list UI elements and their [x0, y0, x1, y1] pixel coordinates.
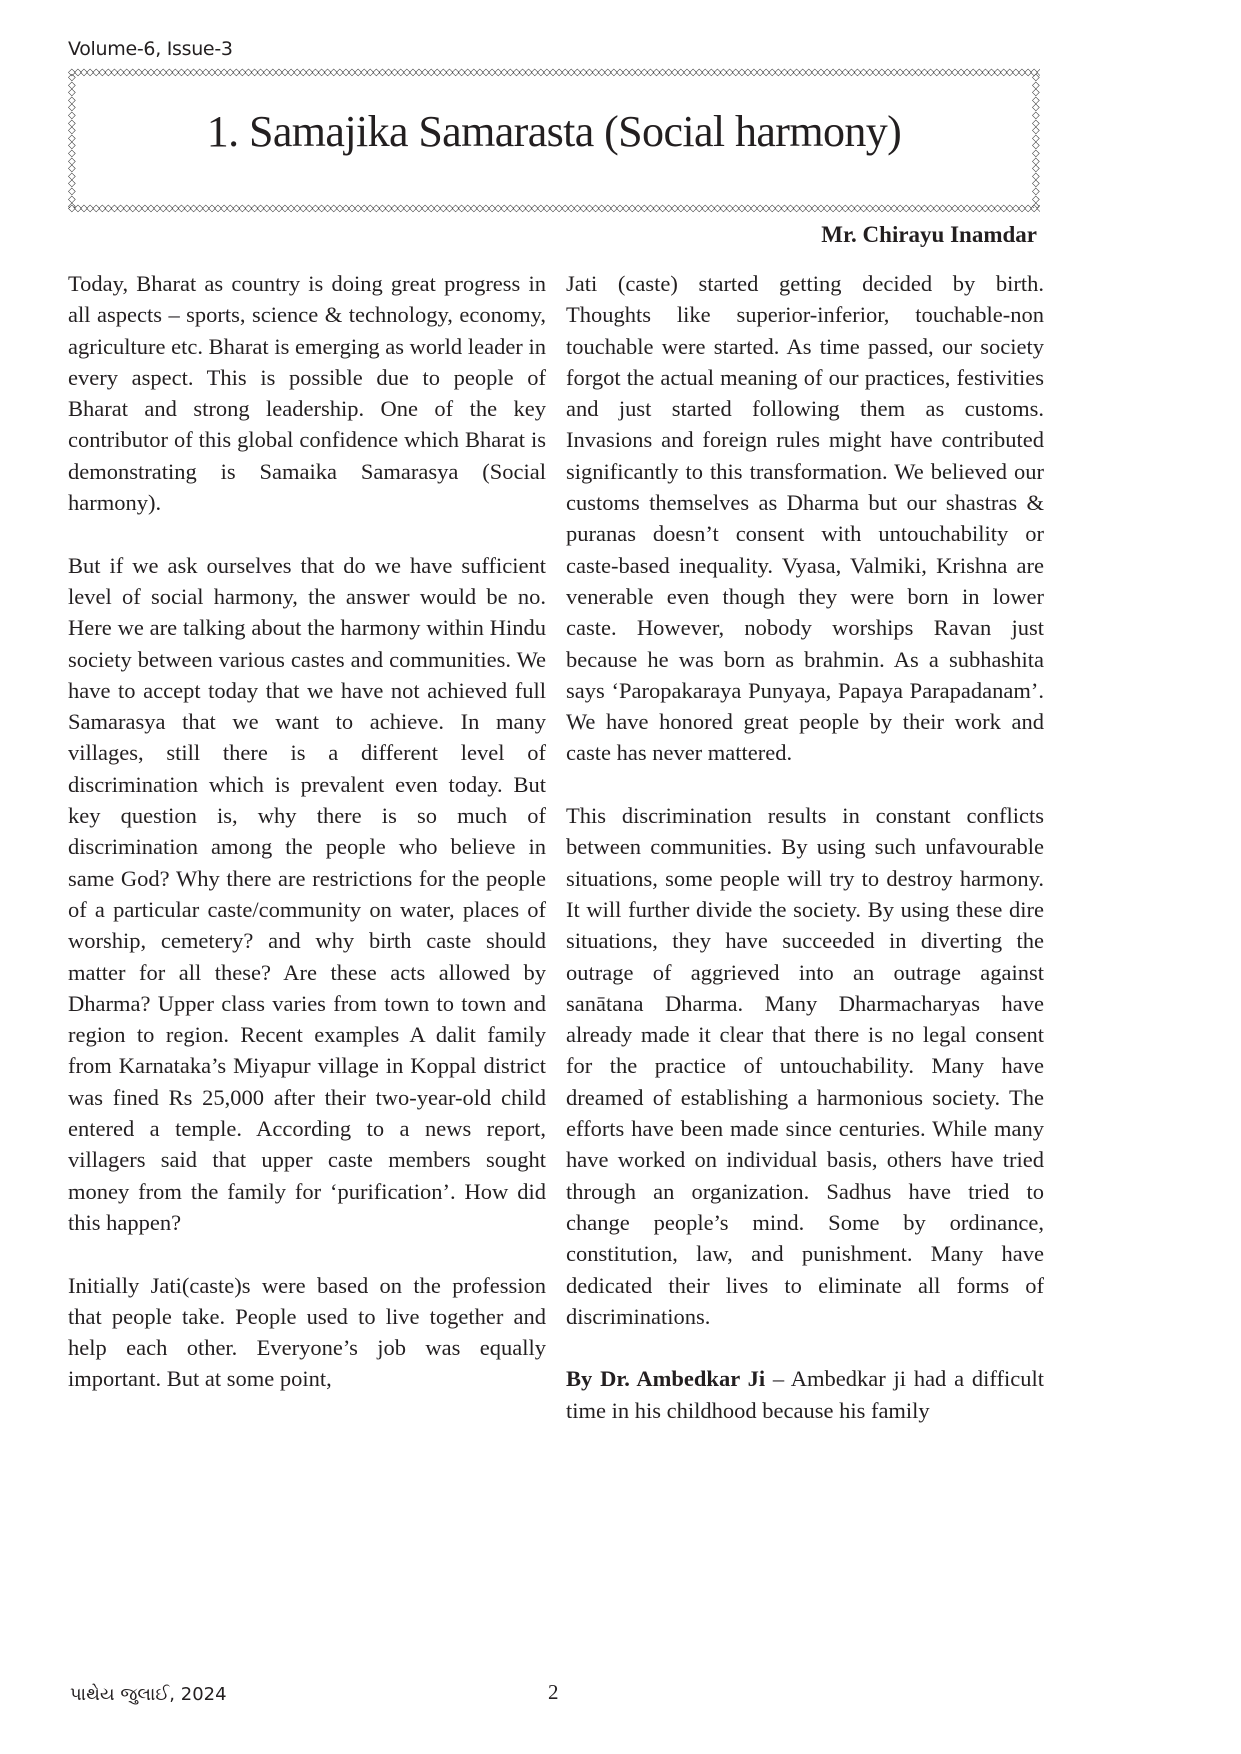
paragraph: This discrimination results in constant … — [566, 800, 1044, 1332]
diamond-border-bottom: ◇◇◇◇◇◇◇◇◇◇◇◇◇◇◇◇◇◇◇◇◇◇◇◇◇◇◇◇◇◇◇◇◇◇◇◇◇◇◇◇… — [68, 204, 1040, 214]
footer-publication: પાથેય જુલાઈ, 2024 — [70, 1684, 227, 1705]
right-column: Jati (caste) started getting decided by … — [566, 268, 1044, 1426]
author-name: Mr. Chirayu Inamdar — [821, 222, 1037, 248]
diamond-border-top: ◇◇◇◇◇◇◇◇◇◇◇◇◇◇◇◇◇◇◇◇◇◇◇◇◇◇◇◇◇◇◇◇◇◇◇◇◇◇◇◇… — [68, 68, 1040, 78]
paragraph: Jati (caste) started getting decided by … — [566, 268, 1044, 769]
paragraph: Today, Bharat as country is doing great … — [68, 268, 546, 518]
paragraph: By Dr. Ambedkar Ji – Ambedkar ji had a d… — [566, 1363, 1044, 1426]
article-title: 1. Samajika Samarasta (Social harmony) — [68, 106, 1040, 157]
left-column: Today, Bharat as country is doing great … — [68, 268, 546, 1395]
page-number: 2 — [548, 1680, 559, 1705]
section-heading: By Dr. Ambedkar Ji — [566, 1366, 765, 1391]
paragraph: But if we ask ourselves that do we have … — [68, 550, 546, 1239]
title-frame: ◇◇◇◇◇◇◇◇◇◇◇◇◇◇◇◇◇◇◇◇◇◇◇◇◇◇◇◇◇◇◇◇◇◇◇◇◇◇◇◇… — [68, 68, 1040, 214]
volume-issue-label: Volume-6, Issue-3 — [68, 38, 233, 60]
paragraph: Initially Jati(caste)s were based on the… — [68, 1270, 546, 1395]
